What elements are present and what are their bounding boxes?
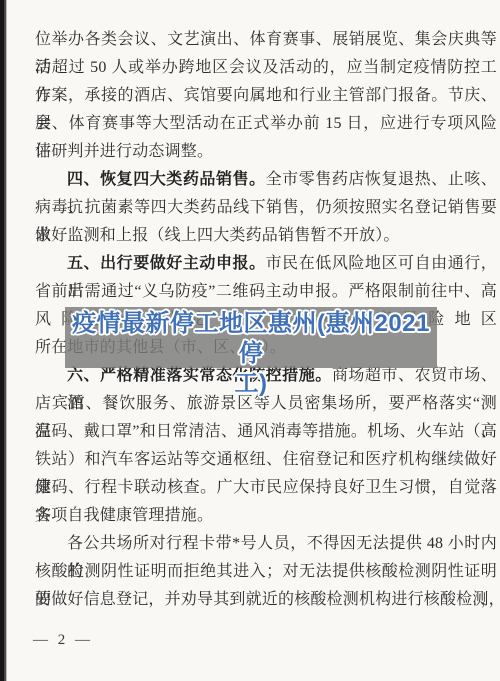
section-heading: 五、出行要做好主动申报。: [67, 255, 266, 272]
text-line: 做好监测和上报（线上四大类药品销售暂不开放）。: [35, 222, 497, 250]
text-line: 亮码、戴口罩”和日常清洁、通风消毒等措施。机场、火车站（高: [35, 418, 497, 446]
text-line: 铁站）和汽车客运站等交通枢纽、住宿登记和医疗机构继续做好健: [35, 446, 497, 474]
section-heading-line: 五、出行要做好主动申报。市民在低风险地区可自由通行，出: [35, 250, 497, 278]
text-line: 省前后需通过“义乌防疫”二维码主动申报。严格限制前往中、高: [35, 278, 497, 306]
section-heading-line: 四、恢复四大类药品销售。全市零售药店恢复退热、止咳、抗: [35, 166, 497, 194]
text-line: 各公共场所对行程卡带*号人员，不得因无法提供 48 小时内的: [35, 530, 497, 558]
text-line: 位举办各类会议、文艺演出、体育赛事、展销展览、集会庆典等活: [35, 26, 497, 54]
section-heading: 四、恢复四大类药品销售。: [67, 171, 266, 188]
text-line: 核酸检测阴性证明而拒绝其进入；对无法提供核酸检测阴性证明的，: [35, 558, 497, 586]
text-line-rest: 亮码、戴口罩”和日常清洁、通风消毒等措施。机场、火车站（高: [35, 423, 497, 440]
text-line-rest: 要做好信息登记，并劝导其到就近的核酸检测机构进行核酸检测，: [35, 591, 500, 608]
text-line-rest: 各项自我健康管理措施。: [35, 507, 213, 524]
watermark-title-line1: 疫情最新停工地区惠州(惠州2021停: [65, 309, 437, 369]
text-line: 估研判并进行动态调整。: [35, 138, 497, 166]
watermark-title-line2: 工): [65, 369, 437, 399]
text-line: 康码、行程卡联动核查。广大市民应保持良好卫生习惯，自觉落实: [35, 474, 497, 502]
text-line: 各项自我健康管理措施。: [35, 502, 497, 530]
text-line: 方案，承接的酒店、宾馆要向属地和行业主管部门报备。节庆、展: [35, 82, 497, 110]
text-line: 要做好信息登记，并劝导其到就近的核酸检测机构进行核酸检测，: [35, 586, 497, 614]
text-line-rest: 估研判并进行动态调整。: [35, 143, 213, 160]
text-line: 会、体育赛事等大型活动在正式举办前 15 日，应进行专项风险评: [35, 110, 497, 138]
page-number: — 2 —: [33, 628, 93, 652]
text-line-rest: 做好监测和上报（线上四大类药品销售暂不开放）。: [35, 227, 400, 244]
watermark-title: 疫情最新停工地区惠州(惠州2021停 工): [65, 309, 437, 399]
text-line: 病毒、抗菌素等四大类药品线下销售，仍须按照实名登记销售要求: [35, 194, 497, 222]
text-line: 动超过 50 人或举办跨地区会议及活动的，应当制定疫情防控工作: [35, 54, 497, 82]
scan-edge-strip: [0, 0, 7, 681]
text-line-rest: 省前后需通过“义乌防疫”二维码主动申报。严格限制前往中、高: [35, 283, 497, 300]
